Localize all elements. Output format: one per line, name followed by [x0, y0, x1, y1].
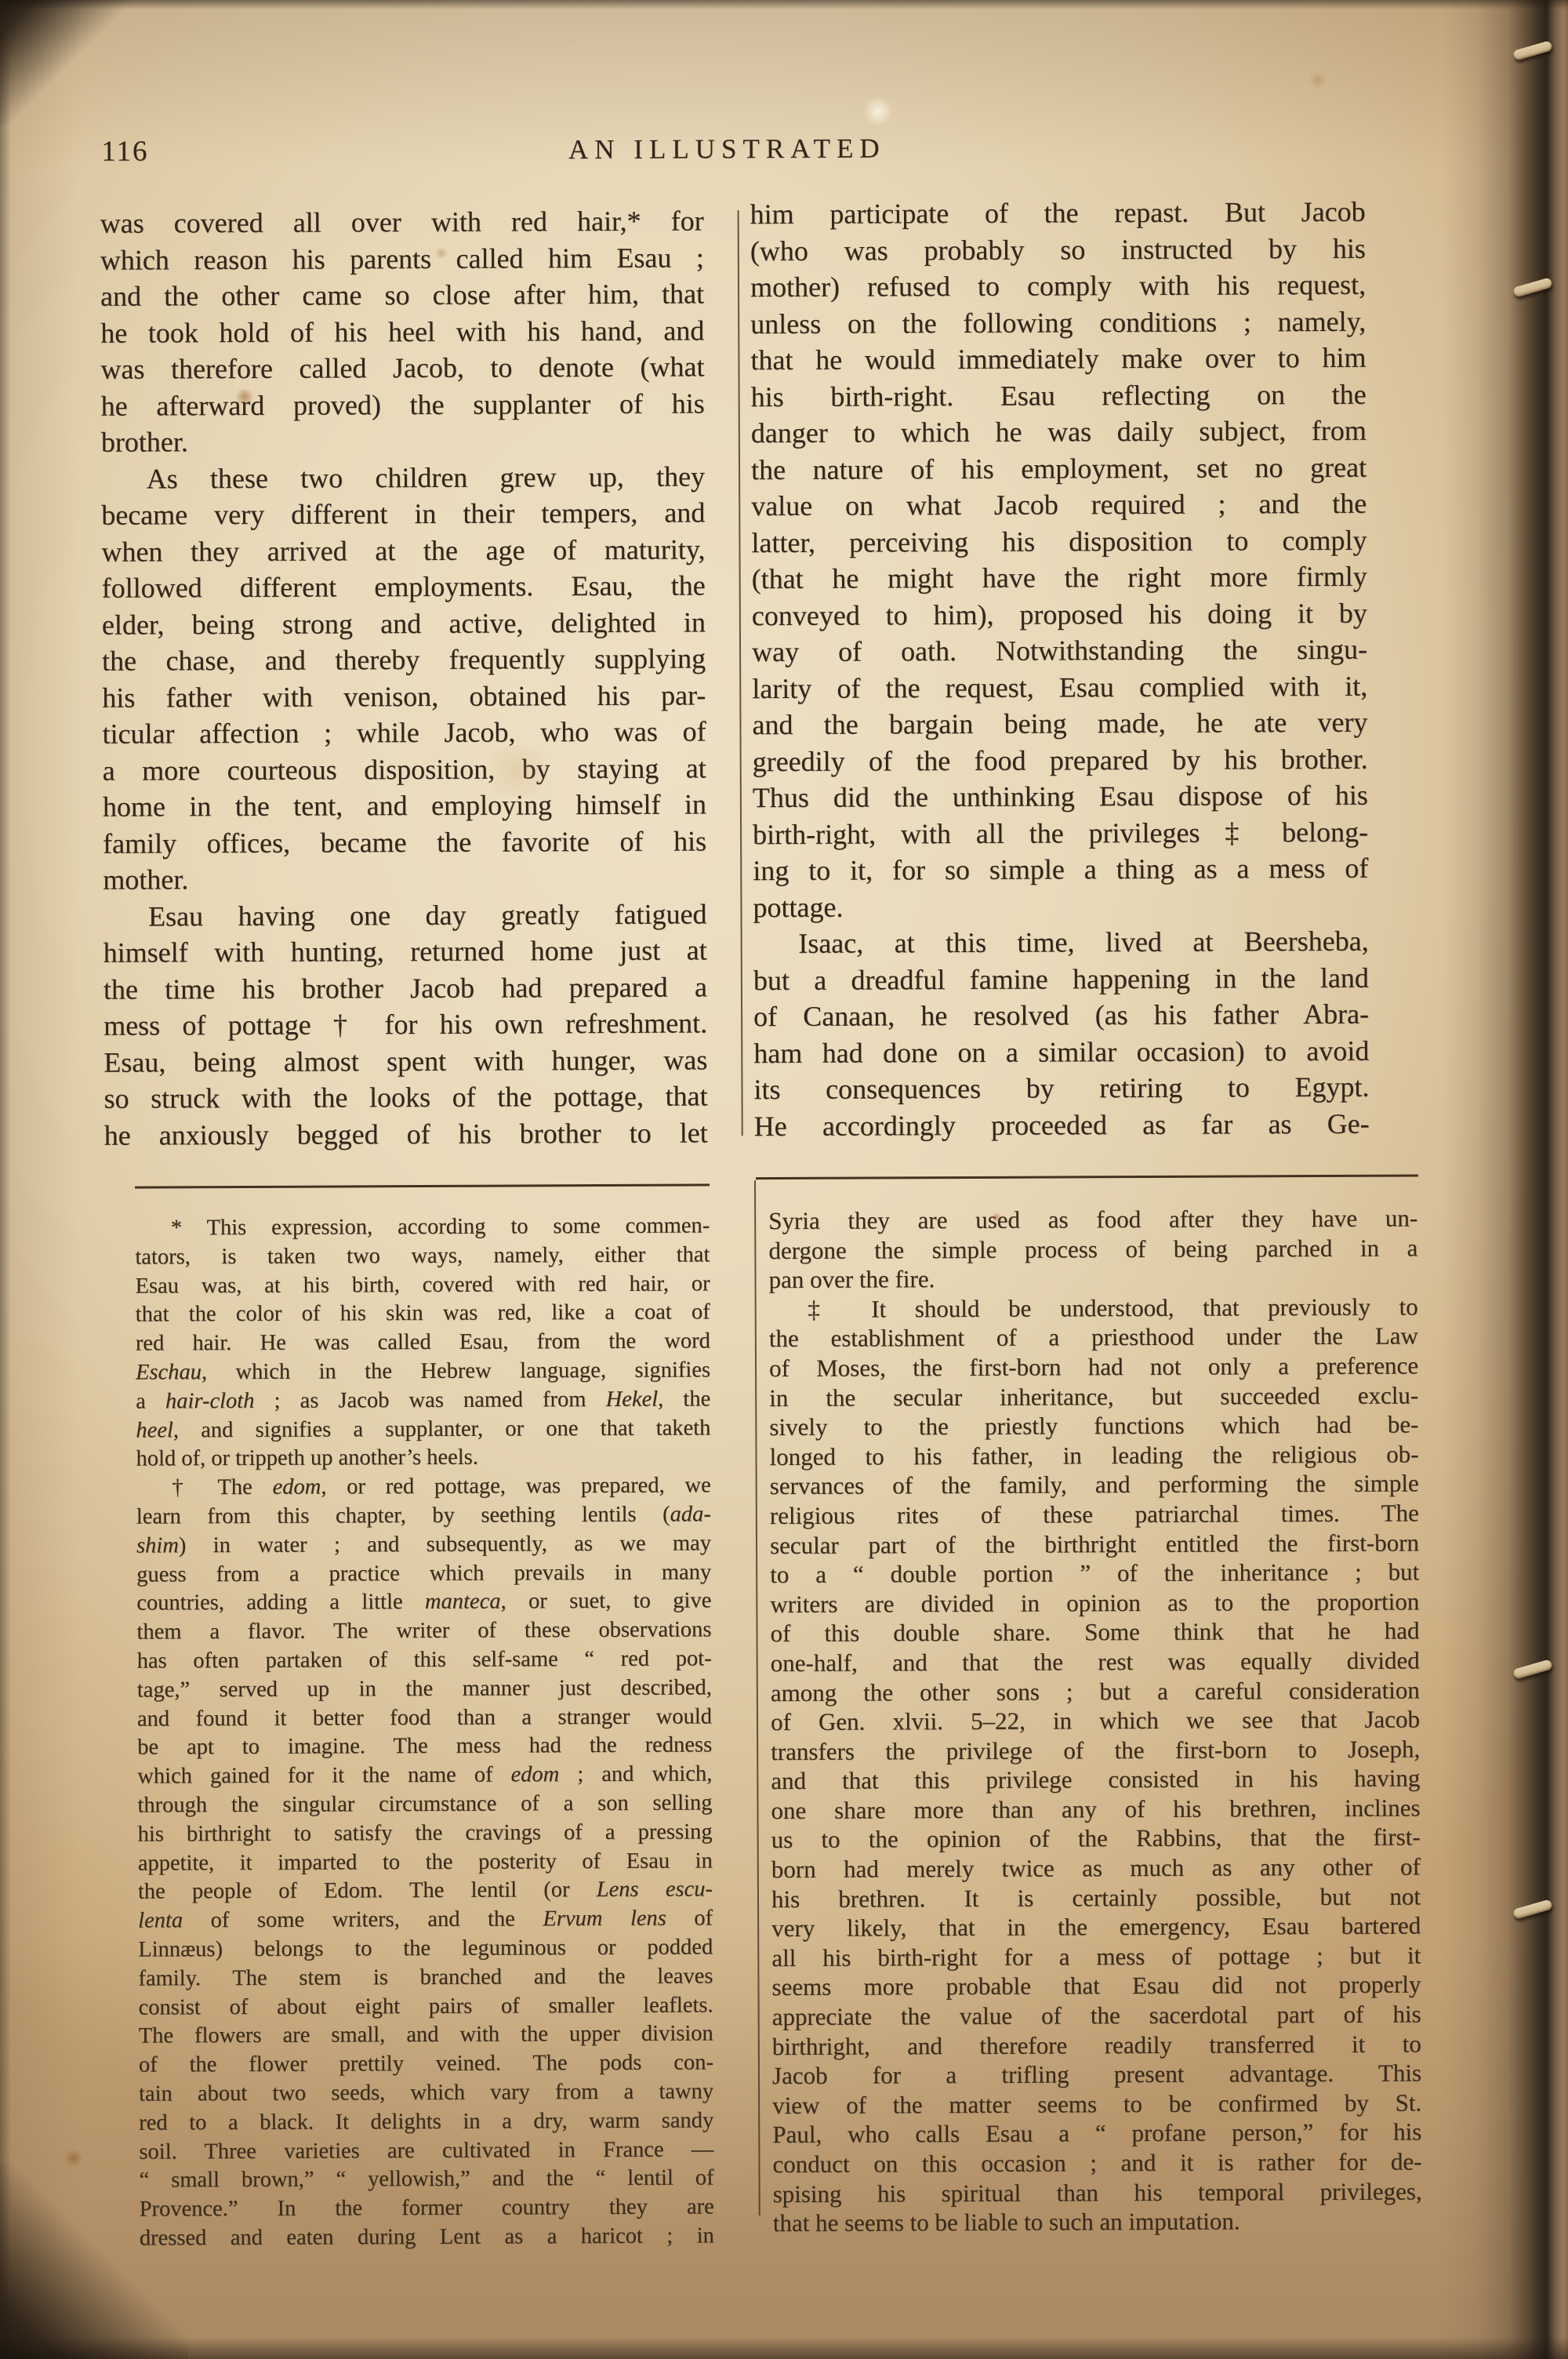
page-content: 116 AN ILLUSTRATED was covered all over …: [0, 0, 1568, 2359]
text-line: tage,” served up in the manner just desc…: [137, 1674, 712, 1705]
text-line: Esau having one day greatly fatigued: [103, 896, 706, 935]
text-line: soil. Three varieties are cultivated in …: [139, 2135, 713, 2167]
text-line: Isaac, at this time, lived at Beersheba,: [753, 923, 1369, 962]
text-line: was therefore called Jacob, to denote (w…: [100, 348, 704, 387]
text-line: his father with venison, obtained his pa…: [102, 677, 706, 716]
text-line: consist of about eight pairs of smaller …: [139, 1991, 713, 2023]
text-line: family. The stem is branched and the lea…: [138, 1962, 713, 1994]
text-line: that the color of his skin was red, like…: [136, 1299, 710, 1330]
text-line: Provence.” In the former country they ar…: [140, 2193, 714, 2224]
running-header: AN ILLUSTRATED: [100, 131, 1354, 168]
text-line: of this double share. Some think that he…: [770, 1616, 1419, 1648]
text-line: countries, adding a little manteca, or s…: [136, 1587, 711, 1619]
text-line: Esau was, at his birth, covered with red…: [136, 1270, 710, 1301]
text-line: he took hold of his heel with his hand, …: [100, 312, 704, 351]
text-line: which gained for it the name of edom ; a…: [137, 1761, 712, 1792]
text-line: a more courteous disposition, by staying…: [103, 750, 706, 789]
text-line: and the other came so close after him, t…: [100, 275, 704, 314]
text-line: The flowers are small, and with the uppe…: [139, 2020, 713, 2052]
book-gutter: [1443, 0, 1568, 2359]
text-line: be apt to imagine. The mess had the redn…: [137, 1732, 712, 1763]
text-line: guess from a practice which prevails in …: [136, 1558, 711, 1590]
text-line: was covered all over with red hair,* for: [100, 202, 704, 242]
footnote-column-left: * This expression, according to some com…: [135, 1212, 714, 2253]
text-line: lenta of some writers, and the Ervum len…: [138, 1905, 713, 1936]
main-text-column-left: was covered all over with red hair,* for…: [100, 202, 708, 1153]
text-line: Jacob for a trifling present advantage. …: [772, 2059, 1421, 2091]
text-line: hold of, or trippeth up another’s heels.: [136, 1443, 710, 1474]
text-line: * This expression, according to some com…: [135, 1212, 710, 1243]
main-text-column-right: him participate of the repast. But Jacob…: [750, 194, 1370, 1144]
text-line: one-half, and that the rest was equally …: [771, 1645, 1420, 1677]
text-line: his brethren. It is certainly possible, …: [771, 1881, 1421, 1914]
text-line: them a flavor. The writer of these obser…: [136, 1616, 711, 1648]
text-line: dergone the simple process of being parc…: [768, 1233, 1417, 1265]
text-line: red hair. He was called Esau, from the w…: [136, 1328, 710, 1359]
footnote-rule-left: [135, 1183, 710, 1188]
footnote-column-right: Syria they are used as food after they h…: [768, 1203, 1422, 2237]
text-line: him participate of the repast. But Jacob: [750, 194, 1366, 233]
text-line: brother.: [101, 421, 705, 460]
column-divider: [738, 210, 743, 1136]
text-line: birthright, and therefore readily transf…: [772, 2029, 1421, 2061]
text-line: † The edom, or red pottage, was prepared…: [136, 1472, 711, 1503]
text-line: birth-right, with all the privileges ‡ b…: [753, 813, 1368, 852]
text-line: its consequences by retiring to Egypt.: [753, 1069, 1369, 1108]
text-line: so struck with the looks of the pottage,…: [103, 1078, 707, 1117]
text-line: ‡ It should be understood, that previous…: [769, 1292, 1418, 1324]
text-line: in the secular inheritance, but succeede…: [769, 1380, 1418, 1412]
text-line: shim) in water ; and subsequently, as we…: [136, 1529, 711, 1561]
page-corner-shadow-bottom-left: [0, 2163, 188, 2359]
text-line: became very different in their tempers, …: [101, 494, 705, 533]
text-line: As these two children grew up, they: [101, 458, 705, 497]
text-line: pan over the fire.: [768, 1263, 1417, 1295]
text-line: that he seems to be liable to such an im…: [773, 2206, 1422, 2238]
text-line: his birth-right. Esau reflecting on the: [751, 376, 1367, 415]
text-line: tators, is taken two ways, namely, eithe…: [135, 1241, 710, 1272]
photo-edge-left: [0, 0, 11, 2359]
text-line: appreciate the value of the sacerdotal p…: [772, 1999, 1421, 2031]
text-line: and that this privilege consisted in his…: [771, 1764, 1420, 1796]
text-line: through the singular circumstance of a s…: [137, 1789, 712, 1820]
text-line: elder, being strong and active, delighte…: [102, 604, 706, 643]
footnote-column-divider: [754, 1180, 760, 2215]
text-line: Syria they are used as food after they h…: [768, 1203, 1417, 1235]
text-line: among the other sons ; but a careful con…: [771, 1675, 1420, 1707]
text-line: (that he might have the right more firml…: [752, 558, 1367, 598]
text-line: but a dreadful famine happening in the l…: [753, 959, 1369, 998]
text-line: born had merely twice as much as any oth…: [771, 1852, 1421, 1885]
text-line: appetite, it imparted to the posterity o…: [138, 1847, 713, 1878]
text-line: and the bargain being made, he ate very: [752, 704, 1367, 743]
text-line: He accordingly proceeded as far as Ge-: [754, 1105, 1370, 1144]
text-line: his birthright to satisfy the cravings o…: [138, 1818, 713, 1849]
text-line: spising his spiritual than his temporal …: [773, 2176, 1422, 2208]
text-line: seems more probable that Esau did not pr…: [771, 1970, 1421, 2002]
text-line: red to a black. It delights in a dry, wa…: [139, 2106, 713, 2138]
text-line: sively to the priestly functions which h…: [769, 1410, 1418, 1442]
text-line: that he would immediately make over to h…: [750, 340, 1366, 379]
text-line: to a “ double portion ” of the inheritan…: [770, 1558, 1419, 1590]
text-line: himself with hunting, returned home just…: [103, 932, 707, 971]
text-line: mother.: [103, 859, 706, 898]
text-line: when they arrived at the age of maturity…: [101, 531, 705, 570]
text-line: of Moses, the first-born had not only a …: [769, 1350, 1418, 1383]
text-line: servances of the family, and performing …: [770, 1469, 1419, 1501]
text-line: very likely, that in the emergency, Esau…: [771, 1911, 1421, 1943]
text-line: us to the opinion of the Rabbins, that t…: [771, 1823, 1421, 1855]
text-line: Esau, being almost spent with hunger, wa…: [103, 1041, 707, 1081]
text-line: and found it better food than a stranger…: [137, 1703, 712, 1734]
text-line: Linnæus) belongs to the leguminous or po…: [138, 1933, 713, 1965]
text-line: value on what Jacob required ; and the: [751, 485, 1367, 525]
text-line: longed to his father, in leading the rel…: [769, 1439, 1418, 1471]
text-line: writers are divided in opinion as to the…: [770, 1587, 1419, 1619]
text-line: of Gen. xlvii. 5–22, in which we see tha…: [771, 1705, 1420, 1737]
text-line: dressed and eaten during Lent as a haric…: [140, 2222, 714, 2253]
text-line: tain about two seeds, which vary from a …: [139, 2077, 713, 2109]
text-line: pottage.: [753, 886, 1368, 925]
page-corner-shadow-top-left: [0, 0, 133, 125]
text-line: Eschau, which in the Hebrew language, si…: [136, 1356, 710, 1387]
text-line: all his birth-right for a mess of pottag…: [771, 1940, 1421, 1972]
text-line: danger to which he was daily subject, fr…: [751, 413, 1367, 452]
text-line: “ small brown,” “ yellowish,” and the “ …: [139, 2165, 713, 2196]
text-line: followed different employments. Esau, th…: [102, 567, 706, 606]
text-line: the nature of his employment, set no gre…: [751, 449, 1367, 488]
text-line: greedily of the food prepared by his bro…: [753, 740, 1368, 780]
text-line: learn from this chapter, by seething len…: [136, 1500, 711, 1532]
text-line: of the flower prettily veined. The pods …: [139, 2049, 713, 2081]
text-line: family offices, became the favorite of h…: [103, 823, 706, 862]
text-line: secular part of the birthright entitled …: [770, 1528, 1419, 1560]
text-line: which reason his parents called him Esau…: [100, 239, 704, 278]
text-line: ticular affection ; while Jacob, who was…: [102, 713, 706, 752]
text-line: the chase, and thereby frequently supply…: [102, 640, 706, 679]
text-line: of Canaan, he resolved (as his father Ab…: [753, 996, 1369, 1035]
text-line: mother) refused to comply with his reque…: [750, 267, 1366, 306]
photo-edge-bottom: [0, 2337, 1568, 2359]
text-line: mess of pottage † for his own refreshmen…: [103, 1005, 707, 1044]
text-line: he afterward proved) the supplanter of h…: [101, 385, 705, 424]
text-line: unless on the following conditions ; nam…: [750, 303, 1366, 342]
text-line: (who was probably so instructed by his: [750, 230, 1366, 269]
text-line: conduct on this occasion ; and it is rat…: [772, 2146, 1421, 2179]
text-line: ham had done on a similar occasion) to a…: [753, 1032, 1369, 1071]
photo-edge-top: [0, 0, 1568, 9]
text-line: the people of Edom. The lentil (or Lens …: [138, 1876, 713, 1907]
footnote-rule-right: [756, 1174, 1418, 1179]
text-line: one share more than any of his brethren,…: [771, 1793, 1420, 1825]
text-line: religious rites of these patriarchal tim…: [770, 1498, 1419, 1530]
text-line: the establishment of a priesthood under …: [769, 1321, 1418, 1354]
text-line: Thus did the unthinking Esau dispose of …: [753, 777, 1368, 816]
text-line: heel, and signifies a supplanter, or one…: [136, 1414, 710, 1445]
text-line: Paul, who calls Esau a “ profane person,…: [772, 2117, 1421, 2150]
text-line: conveyed to him), proposed his doing it …: [752, 594, 1367, 634]
text-line: home in the tent, and employing himself …: [103, 786, 706, 825]
text-line: view of the matter seems to be confirmed…: [772, 2088, 1421, 2120]
text-line: he anxiously begged of his brother to le…: [104, 1114, 708, 1154]
text-line: a hair-cloth ; as Jacob was named from H…: [136, 1385, 710, 1416]
book-photo: 116 AN ILLUSTRATED was covered all over …: [0, 0, 1568, 2359]
text-line: the time his brother Jacob had prepared …: [103, 969, 707, 1008]
text-line: transfers the privilege of the first-bor…: [771, 1734, 1420, 1766]
text-line: larity of the request, Esau complied wit…: [752, 667, 1367, 707]
text-line: ing to it, for so simple a thing as a me…: [753, 850, 1368, 889]
text-line: latter, perceiving his disposition to co…: [751, 522, 1367, 561]
text-line: has often partaken of this self-same “ r…: [137, 1645, 712, 1676]
text-line: way of oath. Notwithstanding the singu-: [752, 631, 1367, 671]
